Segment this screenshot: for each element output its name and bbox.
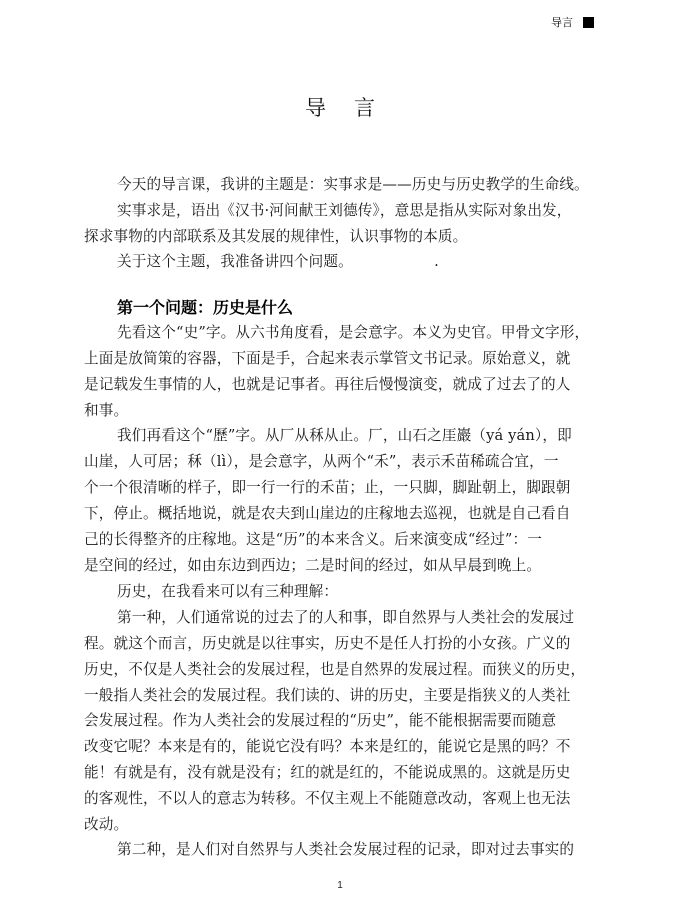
body-line: 上面是放简策的容器，下面是手，合起来表示掌管文书记录。原始意义，就 xyxy=(84,349,604,369)
body-line: 会发展过程。作为人类社会的发展过程的“历史”，能不能根据需要而随意 xyxy=(84,711,604,731)
body-line: 第二种，是人们对自然界与人类社会发展过程的记录，即对过去事实的 xyxy=(117,840,607,860)
section-heading: 第一个问题：历史是什么 xyxy=(117,297,293,319)
body-line: 能！有就是有，没有就是没有；红的就是红的，不能说成黑的。这就是历史 xyxy=(84,763,604,783)
body-line: 和事。 xyxy=(84,401,604,421)
running-header: 导言 xyxy=(551,14,594,30)
body-line: 我们再看这个“歷”字。从厂从秝从止。厂，山石之厓巖（yá yán），即 xyxy=(117,426,607,446)
body-line: 山崖，人可居；秝（lì），是会意字，从两个“禾”，表示禾苗稀疏合宜，一 xyxy=(84,452,604,472)
running-header-title: 导言 xyxy=(551,14,573,30)
intro-line: 探求事物的内部联系及其发展的规律性，认识事物的本质。 xyxy=(84,227,604,247)
body-line: 一般指人类社会的发展过程。我们读的、讲的历史，主要是指狭义的人类社 xyxy=(84,686,604,706)
body-line: 是空间的经过，如由东边到西边；二是时间的经过，如从早晨到晚上。 xyxy=(84,556,604,576)
body-line: 是记载发生事情的人，也就是记事者。再往后慢慢演变，就成了过去了的人 xyxy=(84,375,604,395)
body-line: 程。就这个而言，历史就是以往事实，历史不是任人打扮的小女孩。广义的 xyxy=(84,634,604,654)
body-line: 先看这个“史”字。从六书角度看，是会意字。本义为史官。甲骨文字形， xyxy=(117,323,607,343)
intro-line: 实事求是，语出《汉书·河间献王刘德传》，意思是指从实际对象出发， xyxy=(117,201,607,221)
page-title: 导言 xyxy=(0,92,680,122)
body-line: 下，停止。概括地说，就是农夫到山崖边的庄稼地去巡视，也就是自己看自 xyxy=(84,504,604,524)
body-line: 的客观性，不以人的意志为转移。不仅主观上不能随意改动，客观上也无法 xyxy=(84,789,604,809)
intro-line: 关于这个主题，我准备讲四个问题。 . xyxy=(117,252,607,272)
body-line: 历史，不仅是人类社会的发展过程，也是自然界的发展过程。而狭义的历史， xyxy=(84,660,604,680)
body-line: 改动。 xyxy=(84,815,604,835)
square-marker-icon xyxy=(583,17,594,28)
intro-line: 今天的导言课，我讲的主题是：实事求是——历史与历史教学的生命线。 xyxy=(117,175,607,195)
body-line: 己的长得整齐的庄稼地。这是“历”的本来含义。后来演变成“经过”：一 xyxy=(84,530,604,550)
body-line: 个一个很清晰的样子，即一行一行的禾苗；止，一只脚，脚趾朝上，脚跟朝 xyxy=(84,478,604,498)
body-line: 历史，在我看来可以有三种理解： xyxy=(117,582,607,602)
body-line: 改变它呢？本来是有的，能说它没有吗？本来是红的，能说它是黑的吗？不 xyxy=(84,737,604,757)
page-number: 1 xyxy=(0,880,680,891)
body-line: 第一种，人们通常说的过去了的人和事，即自然界与人类社会的发展过 xyxy=(117,608,607,628)
